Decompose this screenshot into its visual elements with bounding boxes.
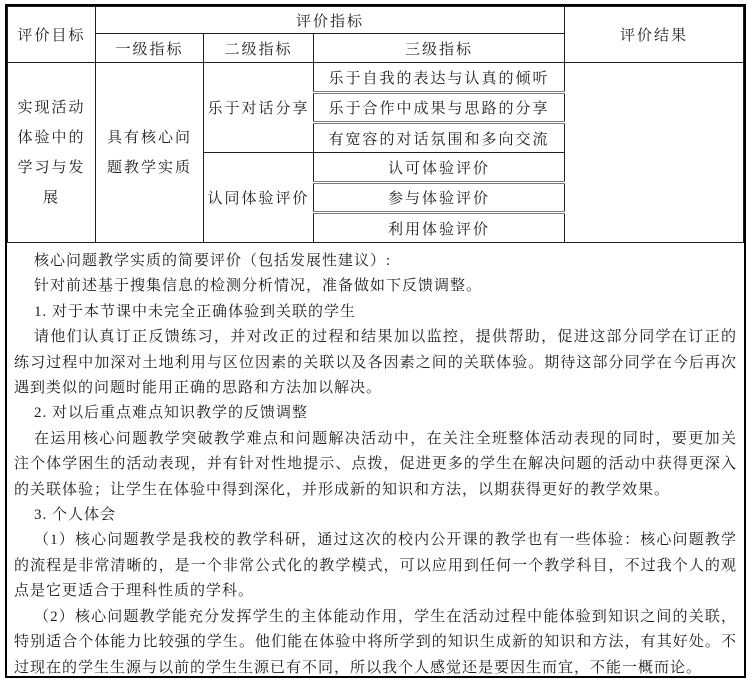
cell-goal: 实现活动 体验中的 学习与发展 xyxy=(8,63,96,243)
evaluation-form: 评价目标 评价指标 评价结果 一级指标 二级指标 三级指标 实现活动 体验中的 … xyxy=(5,4,746,678)
cell-level2-dialog-sharing: 乐于对话分享 xyxy=(204,63,314,153)
notes-item-1-heading: 1. 对于本节课中未完全正确体验到关联的学生 xyxy=(14,300,737,325)
header-level2: 二级指标 xyxy=(204,34,314,63)
header-goal: 评价目标 xyxy=(8,7,96,63)
header-result: 评价结果 xyxy=(565,7,744,63)
cell-level3-item: 认可体验评价 xyxy=(314,153,565,183)
notes-paragraph: 请他们认真订正反馈练习，并对改正的过程和结果加以监控，提供帮助，促进这部分同学在… xyxy=(14,325,737,401)
cell-level3-item: 有宽容的对话氛围和多向交流 xyxy=(314,123,565,153)
notes-item-2-heading: 2. 对以后重点难点知识教学的反馈调整 xyxy=(14,401,737,426)
table-row: 实现活动 体验中的 学习与发展 具有核心问 题教学实质 乐于对话分享 乐于自我的… xyxy=(8,63,744,93)
notes-section: 核心问题教学实质的简要评价（包括发展性建议）: 针对前述基于搜集信息的检测分析情… xyxy=(7,243,744,678)
notes-paragraph: 在运用核心问题教学突破教学难点和问题解决活动中，在关注全班整体活动表现的同时，要… xyxy=(14,427,737,503)
header-level3: 三级指标 xyxy=(314,34,565,63)
cell-level1: 具有核心问 题教学实质 xyxy=(96,63,204,243)
notes-paragraph: （2）核心问题教学能充分发挥学生的主体能动作用，学生在活动过程中能体验到知识之间… xyxy=(14,605,737,678)
notes-title: 核心问题教学实质的简要评价（包括发展性建议）: xyxy=(14,249,737,274)
notes-paragraph: （1）核心问题教学是我校的教学科研，通过这次的校内公开课的教学也有一些体验：核心… xyxy=(14,528,737,604)
evaluation-table: 评价目标 评价指标 评价结果 一级指标 二级指标 三级指标 实现活动 体验中的 … xyxy=(7,6,744,243)
notes-paragraph: 针对前述基于搜集信息的检测分析情况，准备做如下反馈调整。 xyxy=(14,274,737,299)
cell-result xyxy=(565,63,744,243)
header-level1: 一级指标 xyxy=(96,34,204,63)
notes-item-3-heading: 3. 个人体会 xyxy=(14,503,737,528)
cell-level3-item: 乐于合作中成果与思路的分享 xyxy=(314,93,565,123)
header-indicators: 评价指标 xyxy=(96,7,565,34)
cell-level2-identity-evaluation: 认同体验评价 xyxy=(204,153,314,243)
cell-level3-item: 利用体验评价 xyxy=(314,213,565,243)
header-row-1: 评价目标 评价指标 评价结果 xyxy=(8,7,744,34)
cell-level3-item: 乐于自我的表达与认真的倾听 xyxy=(314,63,565,93)
cell-level3-item: 参与体验评价 xyxy=(314,183,565,213)
